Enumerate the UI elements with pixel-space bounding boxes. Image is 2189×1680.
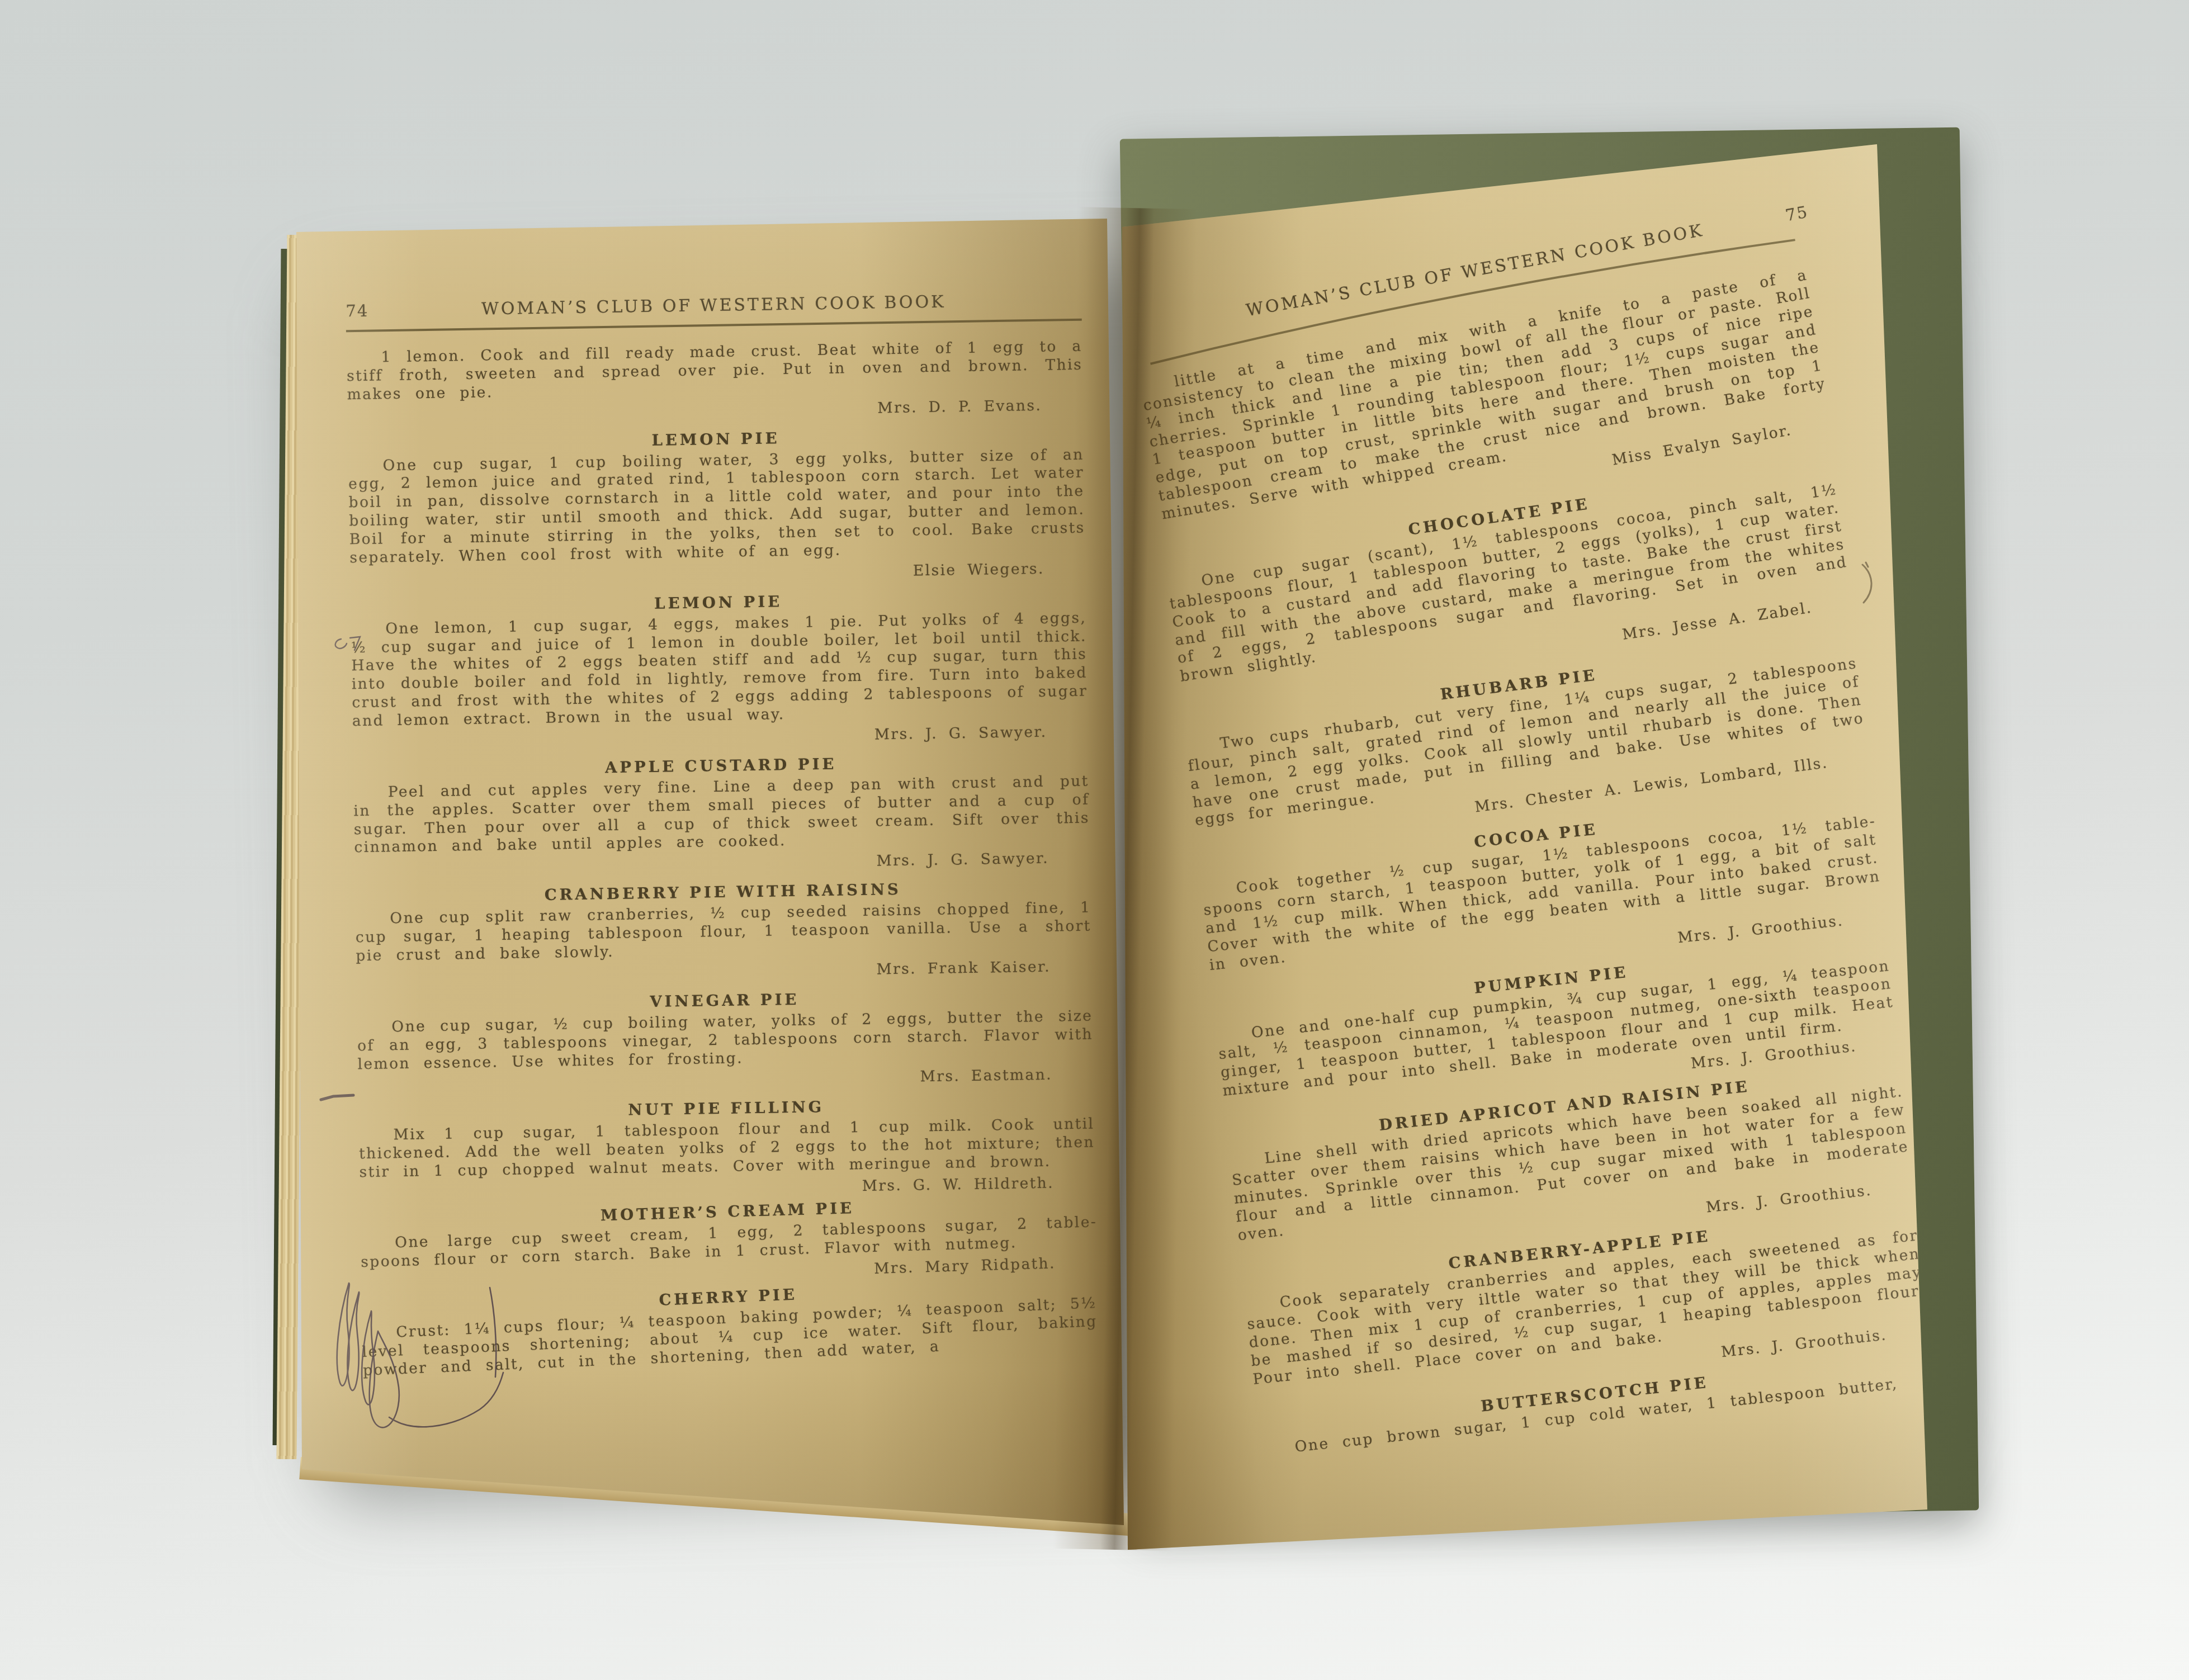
photo-of-open-cookbook: { "colors": { "background_top": "#ced3d1… (0, 0, 2189, 1680)
recipe-section: VINEGAR PIE One cup sugar, ½ cup boiling… (357, 986, 1094, 1094)
right-page-recipes: little at a time and mix with a knife to… (1148, 307, 1935, 1460)
ink-dash-mark (319, 1091, 358, 1104)
recipe-body: One cup sugar, ½ cup boiling water, yolk… (357, 1007, 1093, 1073)
recipe-body: Peel and cut apples very fine. Line a de… (353, 772, 1090, 857)
recipe-section: NUT PIE FILLING Mix 1 cup sugar, 1 table… (358, 1094, 1096, 1203)
right-page: WOMAN’S CLUB OF WESTERN COOK BOOK 75 lit… (1115, 139, 1971, 1561)
recipe-body: One lemon, 1 cup sugar, 4 eggs, makes 1 … (351, 609, 1088, 731)
recipe-section: APPLE CUSTARD PIE Peel and cut apples ve… (353, 751, 1090, 878)
left-page: 74 WOMAN’S CLUB OF WESTERN COOK BOOK 1 l… (290, 214, 1128, 1556)
recipe-section: 1 lemon. Cook and fill ready made crust.… (346, 338, 1083, 425)
header-rule (346, 319, 1082, 333)
page-number: 74 (346, 300, 424, 320)
recipe-body: 1 lemon. Cook and fill ready made crust.… (346, 338, 1082, 404)
recipe-body: Mix 1 cup sugar, 1 tablespoon flour and … (358, 1115, 1095, 1182)
recipe-section: LEMON PIE One lemon, 1 cup sugar, 4 eggs… (350, 588, 1088, 751)
recipe-section: LEMON PIE One cup sugar, 1 cup boiling w… (348, 424, 1086, 588)
recipe-body: One cup split raw cranberries, ½ cup see… (355, 899, 1091, 966)
recipe-body: One cup sugar, 1 cup boiling water, 3 eg… (348, 446, 1085, 567)
recipe-section: CRANBERRY PIE WITH RAISINS One cup split… (355, 878, 1093, 986)
left-page-recipes: 1 lemon. Cook and fill ready made crust.… (346, 338, 1098, 1380)
running-title: WOMAN’S CLUB OF WESTERN COOK BOOK (424, 291, 1003, 320)
left-page-header: 74 WOMAN’S CLUB OF WESTERN COOK BOOK (346, 290, 1081, 321)
pen-check-mark (1858, 561, 1880, 606)
photo-background: 74 WOMAN’S CLUB OF WESTERN COOK BOOK 1 l… (0, 0, 2189, 1680)
header-spacer (1003, 305, 1081, 306)
